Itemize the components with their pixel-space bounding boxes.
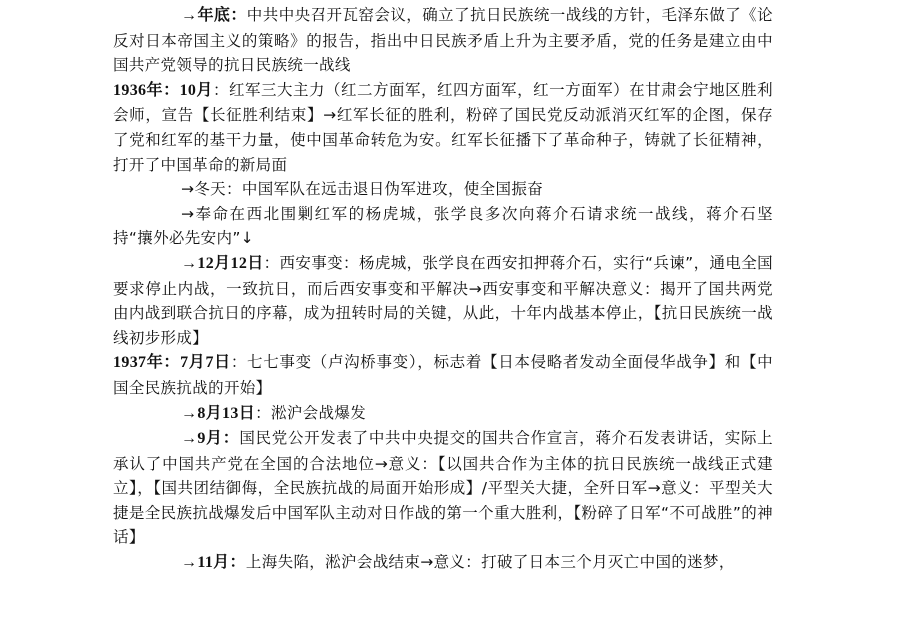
date-separator: ： (223, 430, 240, 447)
date-separator: ： (231, 353, 247, 371)
date-label: →年底 (181, 7, 230, 24)
date-label: 7月7日 (180, 354, 231, 371)
date-label: →9月 (181, 430, 223, 447)
year-label: 1937年 (113, 354, 163, 371)
date-separator: ： (230, 7, 246, 24)
paragraph-1937-marco-polo: 1937年：7月7日：七七事变（卢沟桥事变），标志着【日本侵略者发动全面侵华战争… (113, 350, 773, 400)
paragraph-winter: →冬天：中国军队在远击退日伪军进攻，使全国振奋 (113, 177, 773, 202)
paragraph-xian-incident: →12月12日：西安事变：杨虎城，张学良在西安扣押蒋介石，实行“兵谏”，通电全国… (113, 251, 773, 350)
year-separator: ： (163, 82, 180, 99)
date-label: 10月 (180, 82, 213, 99)
date-label: →冬天 (181, 180, 226, 198)
year-separator: ： (163, 354, 180, 371)
date-separator: ： (230, 554, 246, 571)
date-separator: ： (255, 404, 271, 422)
date-label: →8月13日 (181, 405, 255, 422)
date-label: →11月 (181, 554, 230, 571)
paragraph-text: 上海失陷，淞沪会战结束→意义：打破了日本三个月灭亡中国的迷梦， (246, 553, 735, 571)
date-separator: ： (226, 180, 242, 198)
date-separator: ： (264, 254, 280, 272)
date-label: →12月12日 (181, 255, 264, 272)
year-label: 1936年 (113, 82, 163, 99)
date-separator: ： (213, 81, 229, 99)
paragraph-aug-13: →8月13日：淞沪会战爆发 (113, 401, 773, 427)
document-page: →年底：中共中央召开瓦窑会议，确立了抗日民族统一战线的方针，毛泽东做了《论反对日… (113, 3, 773, 576)
paragraph-year-end-wayaobao: →年底：中共中央召开瓦窑会议，确立了抗日民族统一战线的方针，毛泽东做了《论反对日… (113, 3, 773, 78)
paragraph-yang-zhang: →奉命在西北围剿红军的杨虎城，张学良多次向蒋介石请求统一战线，蒋介石坚持“攘外必… (113, 202, 773, 251)
paragraph-text: →奉命在西北围剿红军的杨虎城，张学良多次向蒋介石请求统一战线，蒋介石坚持“攘外必… (113, 205, 773, 248)
paragraph-november: →11月：上海失陷，淞沪会战结束→意义：打破了日本三个月灭亡中国的迷梦， (113, 550, 773, 576)
paragraph-september: →9月：国民党公开发表了中共中央提交的国共合作宣言，蒋介石发表讲话，实际上承认了… (113, 426, 773, 550)
paragraph-text: 中国军队在远击退日伪军进攻，使全国振奋 (242, 180, 543, 198)
paragraph-text: 淞沪会战爆发 (271, 404, 366, 422)
paragraph-1936-long-march: 1936年：10月：红军三大主力（红二方面军，红四方面军，红一方面军）在甘肃会宁… (113, 78, 773, 177)
